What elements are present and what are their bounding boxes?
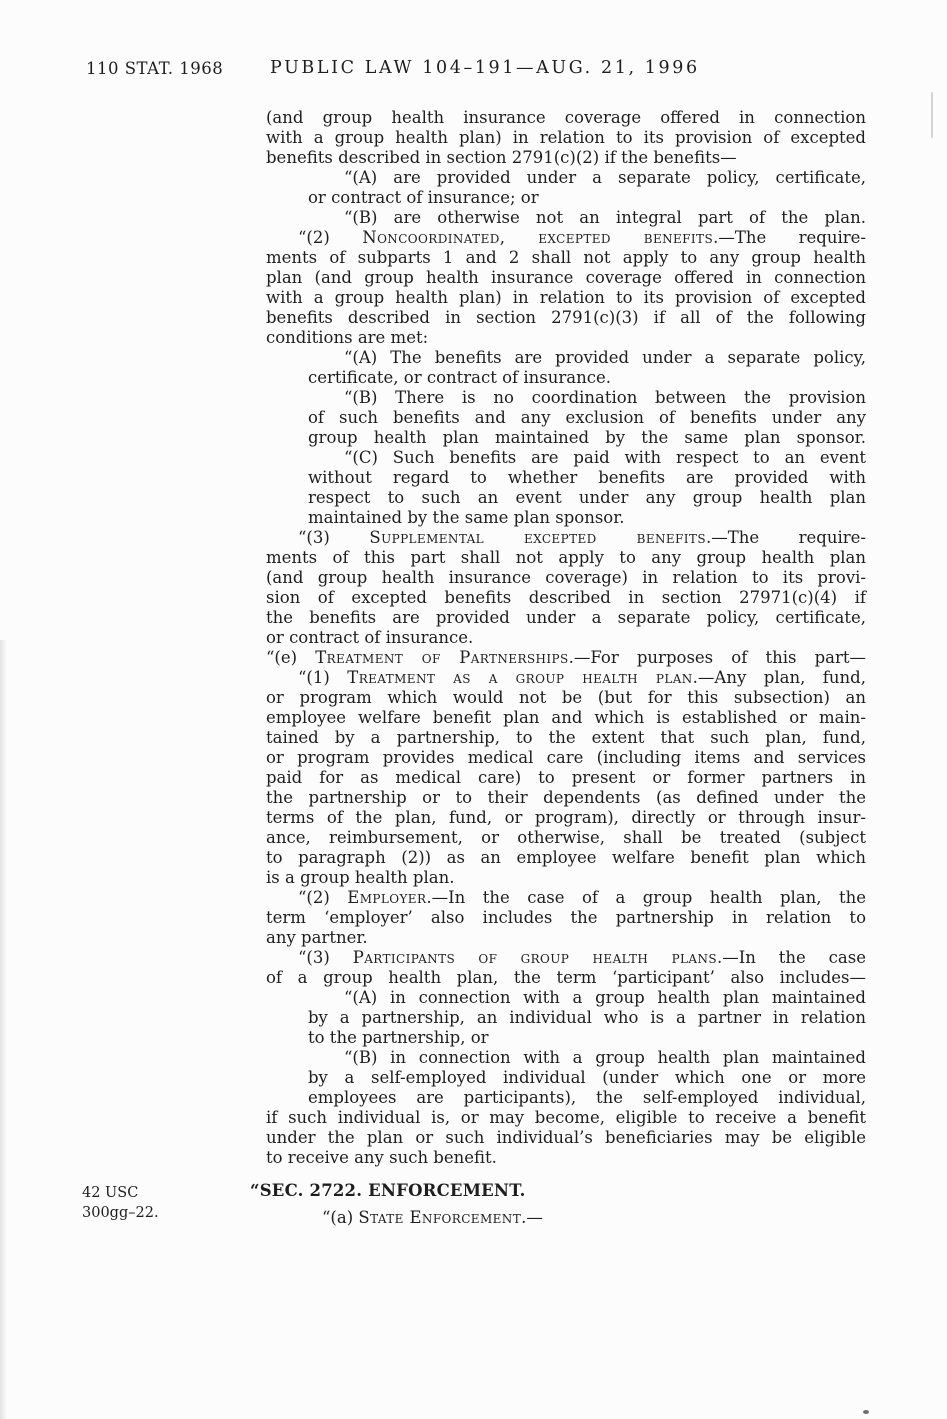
body-text-line: “(2) Noncoordinated, excepted benefits.—… — [266, 228, 866, 248]
subsection-heading: “(a) State Enforcement.— — [322, 1208, 543, 1227]
body-text-line: tained by a partnership, to the extent t… — [266, 728, 866, 748]
text-segment: of a group health plan, the term ‘partic… — [266, 968, 866, 987]
text-segment: “(B) are otherwise not an integral part … — [344, 208, 866, 227]
body-text-line: or contract of insurance. — [266, 628, 866, 648]
text-segment: or contract of insurance; or — [308, 188, 539, 207]
text-segment: to the partnership, or — [308, 1028, 489, 1047]
body-text-line: terms of the plan, fund, or program), di… — [266, 808, 866, 828]
text-segment: “(C) Such benefits are paid with respect… — [344, 448, 866, 467]
text-segment: conditions are met: — [266, 328, 428, 347]
text-segment: by a partnership, an individual who is a… — [308, 1008, 866, 1027]
body-text-line: “(C) Such benefits are paid with respect… — [266, 448, 866, 468]
section-heading: “SEC. 2722. ENFORCEMENT. — [250, 1181, 526, 1200]
body-text-line: sion of excepted benefits described in s… — [266, 588, 866, 608]
body-text-line: by a partnership, an individual who is a… — [266, 1008, 866, 1028]
body-text-line: of a group health plan, the term ‘partic… — [266, 968, 866, 988]
text-segment: ments of subparts 1 and 2 shall not appl… — [266, 248, 866, 267]
body-text-line: “(3) Supplemental excepted benefits.—The… — [266, 528, 866, 548]
body-text-line: to the partnership, or — [266, 1028, 866, 1048]
body-text-line: if such individual is, or may become, el… — [266, 1108, 866, 1128]
body-text-line: to paragraph (2)) as an employee welfare… — [266, 848, 866, 868]
text-segment: ments of this part shall not apply to an… — [266, 548, 866, 567]
text-segment: benefits described in section 2791(c)(3)… — [266, 308, 866, 327]
text-segment: .—Any plan, fund, — [693, 668, 866, 687]
body-text-line: benefits described in section 2791(c)(3)… — [266, 308, 866, 328]
body-text-line: the benefits are provided under a separa… — [266, 608, 866, 628]
uscode-margin-note-line2: 300gg–22. — [82, 1203, 159, 1223]
text-segment: (and group health insurance coverage off… — [266, 108, 866, 127]
text-segment: the benefits are provided under a separa… — [266, 608, 866, 627]
body-text-line: or program which would not be (but for t… — [266, 688, 866, 708]
text-segment: term ‘employer’ also includes the partne… — [266, 908, 866, 927]
body-text-line: by a self-employed individual (under whi… — [266, 1068, 866, 1088]
body-text-line: group health plan maintained by the same… — [266, 428, 866, 448]
text-segment: employee welfare benefit plan and which … — [266, 708, 866, 727]
text-segment: terms of the plan, fund, or program), di… — [266, 808, 866, 827]
body-text-line: “(B) are otherwise not an integral part … — [266, 208, 866, 228]
text-segment: .—In the case — [717, 948, 866, 967]
text-segment: “(1) — [298, 668, 347, 687]
text-segment: (and group health insurance coverage) in… — [266, 568, 866, 587]
text-segment: .— — [521, 1208, 543, 1227]
text-segment: “(A) in connection with a group health p… — [344, 988, 866, 1007]
small-caps-text: State Enforcement — [358, 1208, 521, 1227]
text-segment: tained by a partnership, to the extent t… — [266, 728, 866, 747]
text-segment: is a group health plan. — [266, 868, 454, 887]
statute-page: 110 STAT. 1968 PUBLIC LAW 104–191—AUG. 2… — [0, 0, 947, 1419]
scan-artifact-dot — [863, 1410, 869, 1414]
body-text-line: (and group health insurance coverage off… — [266, 108, 866, 128]
uscode-margin-note-line1: 42 USC — [82, 1183, 159, 1203]
text-segment: “(B) There is no coordination between th… — [344, 388, 866, 407]
text-segment: “(A) The benefits are provided under a s… — [344, 348, 866, 367]
body-text-line: or contract of insurance; or — [266, 188, 866, 208]
statute-body-column: (and group health insurance coverage off… — [266, 108, 866, 1168]
text-segment: or program which would not be (but for t… — [266, 688, 866, 707]
text-segment: .—The require- — [713, 228, 866, 247]
text-segment: certificate, or contract of insurance. — [308, 368, 611, 387]
body-text-line: respect to such an event under any group… — [266, 488, 866, 508]
text-segment: with a group health plan) in relation to… — [266, 288, 866, 307]
body-text-line: under the plan or such individual’s bene… — [266, 1128, 866, 1148]
body-text-line: “(3) Participants of group health plans.… — [266, 948, 866, 968]
body-text-line: of such benefits and any exclusion of be… — [266, 408, 866, 428]
page-header-law-title: PUBLIC LAW 104–191—AUG. 21, 1996 — [270, 58, 700, 78]
text-segment: to receive any such benefit. — [266, 1148, 497, 1167]
body-text-line: plan (and group health insurance coverag… — [266, 268, 866, 288]
body-text-line: “(B) in connection with a group health p… — [266, 1048, 866, 1068]
uscode-margin-note: 42 USC 300gg–22. — [82, 1183, 159, 1223]
text-segment: .—For purposes of this part— — [569, 648, 866, 667]
text-segment: “(2) — [298, 228, 362, 247]
small-caps-text: Treatment as a group health plan — [347, 668, 692, 687]
body-text-line: “(A) The benefits are provided under a s… — [266, 348, 866, 368]
text-segment: any partner. — [266, 928, 368, 947]
text-segment: the partnership or to their dependents (… — [266, 788, 866, 807]
text-segment: without regard to whether benefits are p… — [308, 468, 866, 487]
body-text-line: the partnership or to their dependents (… — [266, 788, 866, 808]
body-text-line: “(e) Treatment of Partnerships.—For purp… — [266, 648, 866, 668]
text-segment: if such individual is, or may become, el… — [266, 1108, 866, 1127]
body-text-line: conditions are met: — [266, 328, 866, 348]
text-segment: “(B) in connection with a group health p… — [344, 1048, 866, 1067]
text-segment: with a group health plan) in relation to… — [266, 128, 866, 147]
text-segment: paid for as medical care) to present or … — [266, 768, 866, 787]
body-text-line: “(1) Treatment as a group health plan.—A… — [266, 668, 866, 688]
text-segment: plan (and group health insurance coverag… — [266, 268, 866, 287]
body-text-line: with a group health plan) in relation to… — [266, 288, 866, 308]
small-caps-text: Treatment of Partnerships — [315, 648, 568, 667]
text-segment: maintained by the same plan sponsor. — [308, 508, 625, 527]
text-segment: or program provides medical care (includ… — [266, 748, 866, 767]
small-caps-text: Noncoordinated, excepted benefits — [362, 228, 713, 247]
body-text-line: ments of subparts 1 and 2 shall not appl… — [266, 248, 866, 268]
body-text-line: paid for as medical care) to present or … — [266, 768, 866, 788]
text-segment: “(3) — [298, 948, 353, 967]
body-text-line: ance, reimbursement, or otherwise, shall… — [266, 828, 866, 848]
body-text-line: benefits described in section 2791(c)(2)… — [266, 148, 866, 168]
body-text-line: “(B) There is no coordination between th… — [266, 388, 866, 408]
body-text-line: term ‘employer’ also includes the partne… — [266, 908, 866, 928]
body-text-line: certificate, or contract of insurance. — [266, 368, 866, 388]
body-text-line: “(A) are provided under a separate polic… — [266, 168, 866, 188]
text-segment: “(3) — [298, 528, 369, 547]
text-segment: “(A) are provided under a separate polic… — [344, 168, 866, 187]
small-caps-text: Participants of group health plans — [353, 948, 717, 967]
text-segment: under the plan or such individual’s bene… — [266, 1128, 866, 1147]
body-text-line: with a group health plan) in relation to… — [266, 128, 866, 148]
text-segment: “(a) — [322, 1208, 358, 1227]
body-text-line: or program provides medical care (includ… — [266, 748, 866, 768]
text-segment: employees are participants), the self-em… — [308, 1088, 866, 1107]
text-segment: group health plan maintained by the same… — [308, 428, 866, 447]
text-segment: or contract of insurance. — [266, 628, 473, 647]
body-text-line: ments of this part shall not apply to an… — [266, 548, 866, 568]
scan-artifact-line — [931, 92, 933, 138]
text-segment: respect to such an event under any group… — [308, 488, 866, 507]
body-text-line: employees are participants), the self-em… — [266, 1088, 866, 1108]
text-segment: of such benefits and any exclusion of be… — [308, 408, 866, 427]
scan-edge-shadow — [0, 640, 7, 1419]
text-segment: to paragraph (2)) as an employee welfare… — [266, 848, 866, 867]
text-segment: .—In the case of a group health plan, th… — [426, 888, 866, 907]
text-segment: .—The require- — [706, 528, 866, 547]
text-segment: ance, reimbursement, or otherwise, shall… — [266, 828, 866, 847]
body-text-line: is a group health plan. — [266, 868, 866, 888]
body-text-line: to receive any such benefit. — [266, 1148, 866, 1168]
text-segment: by a self-employed individual (under whi… — [308, 1068, 866, 1087]
body-text-line: “(2) Employer.—In the case of a group he… — [266, 888, 866, 908]
body-text-line: “(A) in connection with a group health p… — [266, 988, 866, 1008]
small-caps-text: Supplemental excepted benefits — [369, 528, 706, 547]
page-header-stat-number: 110 STAT. 1968 — [86, 59, 223, 78]
body-text-line: (and group health insurance coverage) in… — [266, 568, 866, 588]
body-text-line: without regard to whether benefits are p… — [266, 468, 866, 488]
text-segment: “(e) — [266, 648, 315, 667]
text-segment: benefits described in section 2791(c)(2)… — [266, 148, 737, 167]
text-segment: sion of excepted benefits described in s… — [266, 588, 866, 607]
text-segment: “(2) — [298, 888, 347, 907]
small-caps-text: Employer — [347, 888, 426, 907]
body-text-line: any partner. — [266, 928, 866, 948]
body-text-line: maintained by the same plan sponsor. — [266, 508, 866, 528]
body-text-line: employee welfare benefit plan and which … — [266, 708, 866, 728]
